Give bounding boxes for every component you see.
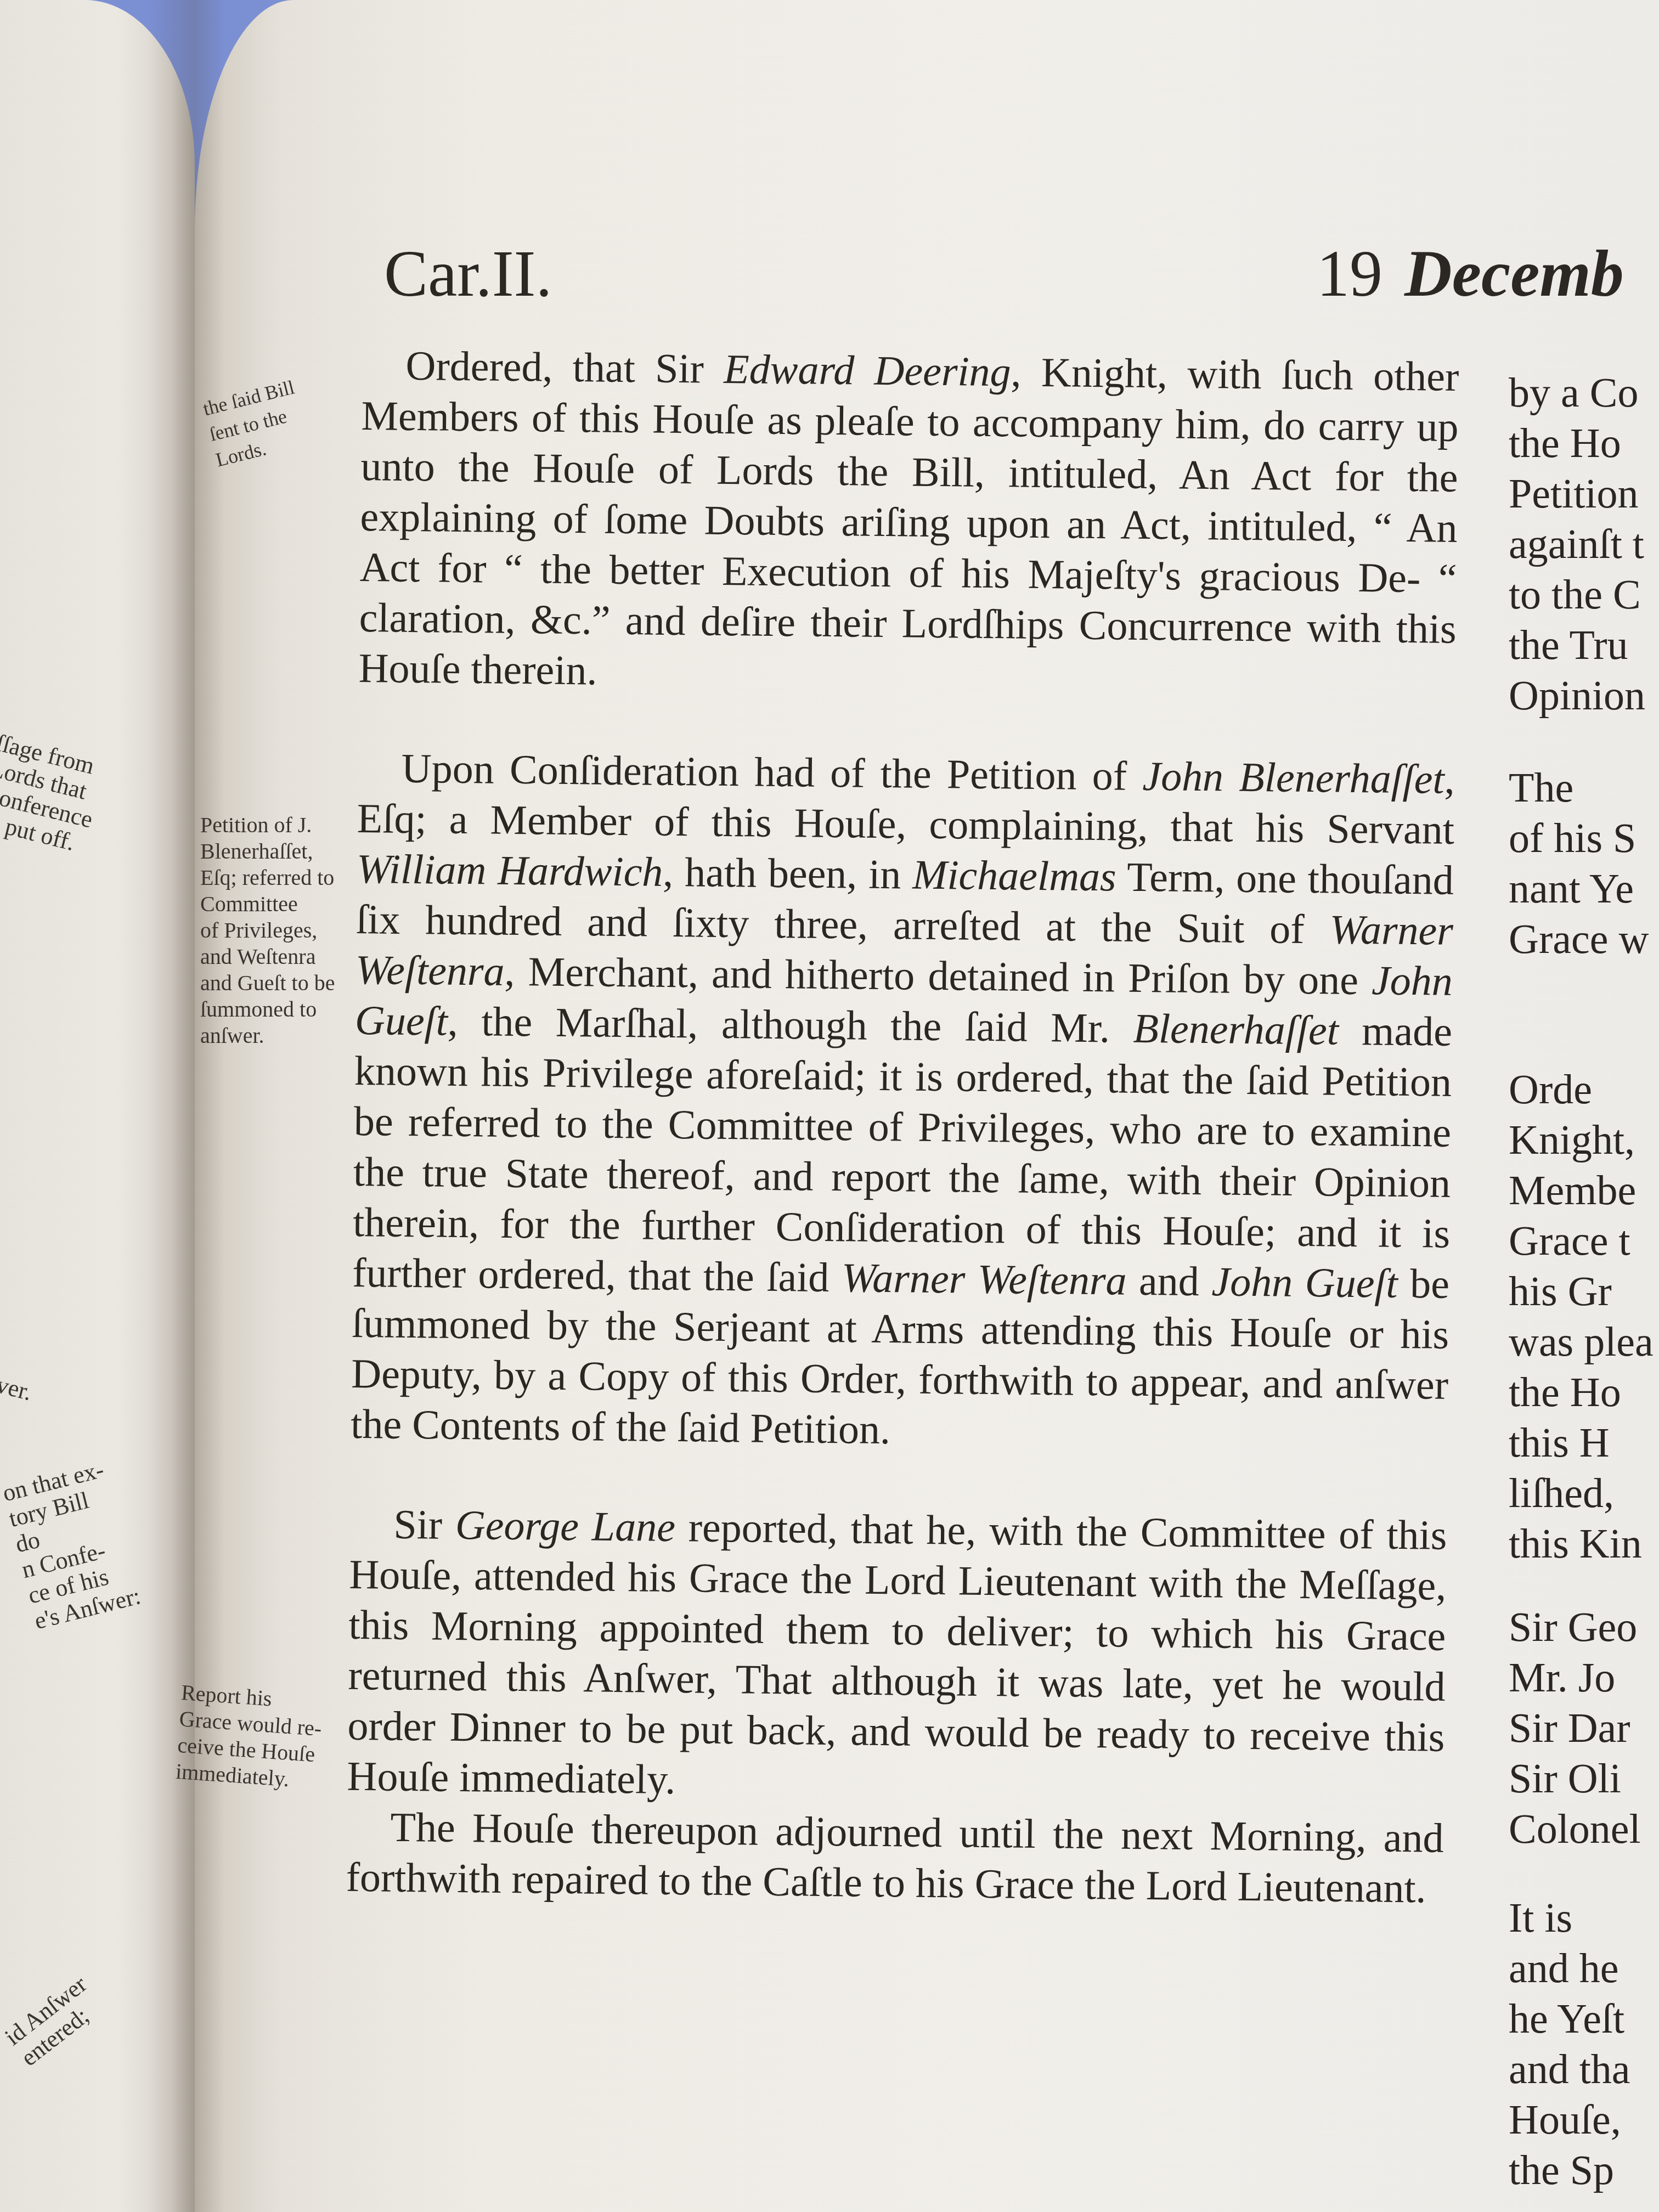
italic-name: Edward Deering — [724, 346, 1011, 395]
text-run: The Houſe thereupon adjourned until the … — [346, 1804, 1444, 1912]
paragraph-adjournment: The Houſe thereupon adjourned until the … — [346, 1802, 1444, 1914]
running-head-day: 19 — [1317, 237, 1383, 310]
paragraph-deering-order: Ordered, that Sir Edward Deering, Knight… — [358, 340, 1459, 705]
italic-name: George Lane — [455, 1502, 675, 1550]
left-margin-note-answer-fragment: ver. — [0, 1372, 106, 1424]
italic-name: Warner Weſtenra — [842, 1255, 1127, 1304]
text-run: , Knight, with ſuch other Members of thi… — [358, 349, 1459, 693]
paragraph-lane-report: Sir George Lane reported, that he, with … — [347, 1499, 1447, 1813]
text-run: , hath been, in — [663, 849, 913, 898]
text-run: and — [1126, 1258, 1212, 1305]
italic-name: William Hardwich — [356, 846, 663, 895]
italic-name: Michaelmas — [912, 852, 1116, 900]
running-head-date: 19Decemb — [1317, 236, 1624, 312]
margin-note-report: Report his Grace would re- ceive the Hou… — [175, 1679, 325, 1795]
right-column-fragment-5: It is and he he Yeſt and tha Houſe, the … — [1509, 1893, 1659, 2196]
left-margin-note-bill: on that ex- tory Bill do n Confe- ce of … — [0, 1455, 145, 1635]
running-head-month: Decemb — [1404, 237, 1624, 310]
text-run: Upon Conſideration had of the Petition o… — [401, 746, 1142, 799]
text-run: Ordered, that Sir — [405, 343, 724, 392]
right-column-fragment-1: by a Co the Ho Petition againſt t to the… — [1509, 368, 1659, 721]
running-head-reign: Car.II. — [384, 236, 552, 312]
margin-note-petition: Petition of J. Blenerhaſſet, Eſq; referr… — [200, 812, 335, 1049]
right-column-fragment-4: Sir Geo Mr. Jo Sir Dar Sir Oli Colonel — [1509, 1602, 1659, 1854]
paragraph-blenerhasset-petition: Upon Conſideration had of the Petition o… — [351, 743, 1455, 1461]
italic-name: John Blenerhaſſet — [1142, 753, 1444, 803]
right-column-fragment-2: The of his S nant Ye Grace w — [1509, 763, 1659, 964]
italic-name: Blenerhaſſet — [1133, 1006, 1339, 1054]
text-run: reported, that he, with the Committee of… — [347, 1504, 1447, 1803]
italic-name: John Gueſt — [1211, 1259, 1398, 1307]
text-run: , the Marſhal, although the ſaid Mr. — [447, 998, 1133, 1052]
text-run: , Merchant, and hitherto detained in Pri… — [504, 949, 1372, 1004]
main-text-column: Ordered, that Sir Edward Deering, Knight… — [345, 340, 1459, 1963]
book-gutter — [148, 0, 225, 2212]
right-column-fragment-3: Orde Knight, Membe Grace t his Gr was pl… — [1509, 1064, 1659, 1569]
text-run: Sir — [393, 1502, 455, 1548]
left-margin-note-entered: id Anſwer entered; — [0, 1962, 119, 2072]
left-margin-note-message: ſſage from Lords that Conference be put … — [0, 730, 106, 859]
